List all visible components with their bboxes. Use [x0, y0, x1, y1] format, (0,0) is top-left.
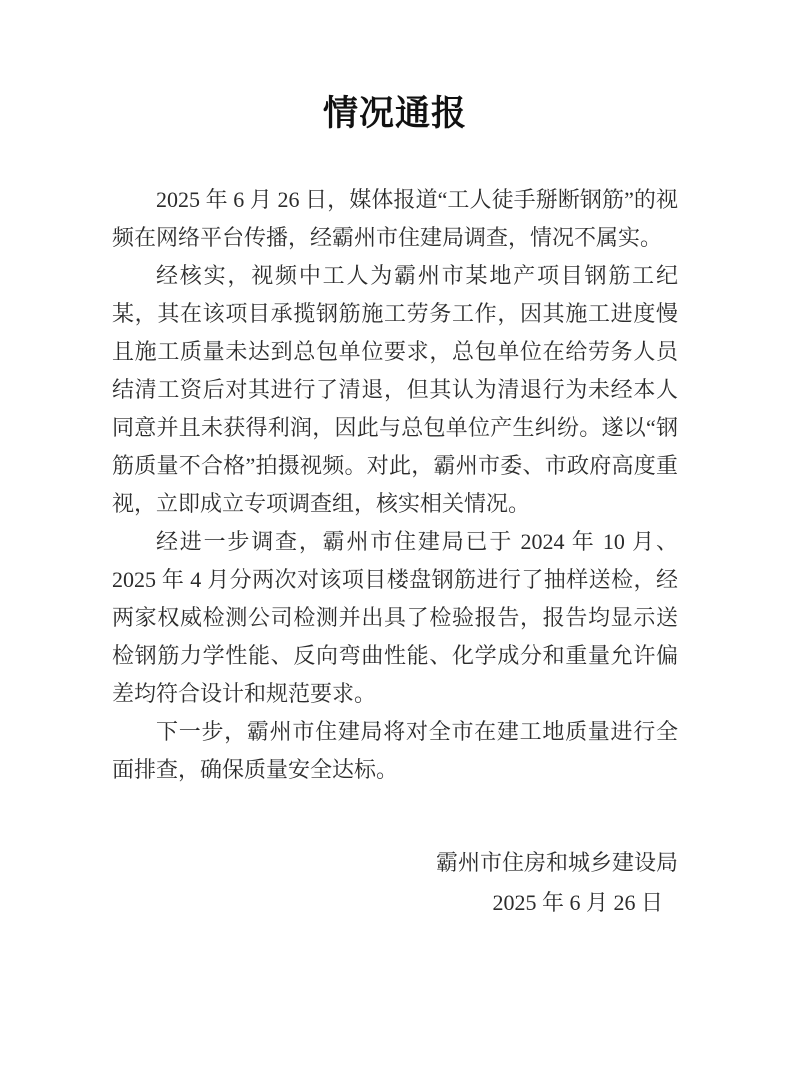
notice-page: 情况通报 2025 年 6 月 26 日，媒体报道“工人徒手掰断钢筋”的视频在网…	[0, 0, 800, 1079]
notice-title: 情况通报	[112, 94, 678, 134]
notice-paragraph-4: 下一步，霸州市住建局将对全市在建工地质量进行全面排查，确保质量安全达标。	[112, 713, 678, 789]
issue-date: 2025 年 6 月 26 日	[112, 882, 678, 924]
notice-paragraph-1: 2025 年 6 月 26 日，媒体报道“工人徒手掰断钢筋”的视频在网络平台传播…	[112, 181, 678, 257]
notice-paragraph-2: 经核实，视频中工人为霸州市某地产项目钢筋工纪某，其在该项目承揽钢筋施工劳务工作，…	[112, 257, 678, 523]
issuing-authority: 霸州市住房和城乡建设局	[112, 844, 678, 882]
signature-block: 霸州市住房和城乡建设局 2025 年 6 月 26 日	[112, 844, 678, 924]
notice-paragraph-3: 经进一步调查，霸州市住建局已于 2024 年 10 月、2025 年 4 月分两…	[112, 523, 678, 713]
notice-body: 2025 年 6 月 26 日，媒体报道“工人徒手掰断钢筋”的视频在网络平台传播…	[112, 181, 678, 789]
